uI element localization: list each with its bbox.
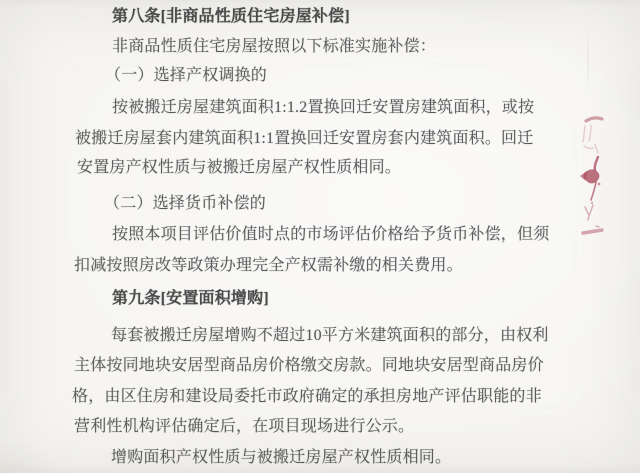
page-crease (587, 26, 589, 94)
clause-1-text-line-1: 按被搬迁房屋建筑面积1:1.2置换回迁安置房建筑面积，或按 (112, 97, 534, 118)
seal-dark-blob (580, 157, 600, 204)
clause-1-text-line-2: 被搬迁房屋套内建筑面积1:1置换回迁安置房套内建筑面积。回迁 (75, 128, 533, 149)
article-8-heading: 第八条[非商品性质住宅房屋补偿] (112, 6, 350, 27)
article-9-text-line-4: 营利性机构评估确定后，在项目现场进行公示。 (74, 416, 414, 437)
clause-2-text-line-2: 扣减按照房改等政策办理完全产权需补缴的相关费用。 (74, 255, 463, 276)
article-9-text-line-1: 每套被搬迁房屋增购不超过10平方米建筑面积的部分，由权利 (111, 325, 549, 346)
article-9-heading: 第九条[安置面积增购] (112, 288, 269, 309)
red-seal-stamp-fragment (572, 108, 606, 243)
clause-1-text-line-3: 安置房产权性质与被搬迁房屋产权性质相同。 (77, 157, 401, 178)
seal-lower-strokes (585, 205, 599, 227)
seal-bottom-dash (583, 230, 602, 233)
scan-smudge (0, 440, 60, 473)
article-8-intro: 非商品性质住宅房屋按照以下标准实施补偿： (112, 36, 436, 57)
clause-1-title: （一）选择产权调换的 (105, 65, 267, 86)
article-9-text-line-3: 格，由区住房和建设局委托市政府确定的承担房地产评估职能的非 (72, 386, 542, 407)
seal-faint-strokes (583, 125, 598, 153)
scanned-document-page: 第八条[非商品性质住宅房屋补偿] 非商品性质住宅房屋按照以下标准实施补偿： （一… (0, 0, 640, 473)
seal-top-dash (586, 118, 602, 121)
clause-2-title: （二）选择货币补偿的 (104, 193, 266, 214)
clause-2-text-line-1: 按照本项目评估价值时点的市场评估价格给予货币补偿，但须 (112, 224, 549, 245)
article-9-closing-line: 增购面积产权性质与被搬迁房屋产权性质相同。 (111, 447, 451, 468)
article-9-text-line-2: 主体按同地块安居型商品房价格缴交房款。同地块安居型商品房价 (74, 355, 544, 376)
